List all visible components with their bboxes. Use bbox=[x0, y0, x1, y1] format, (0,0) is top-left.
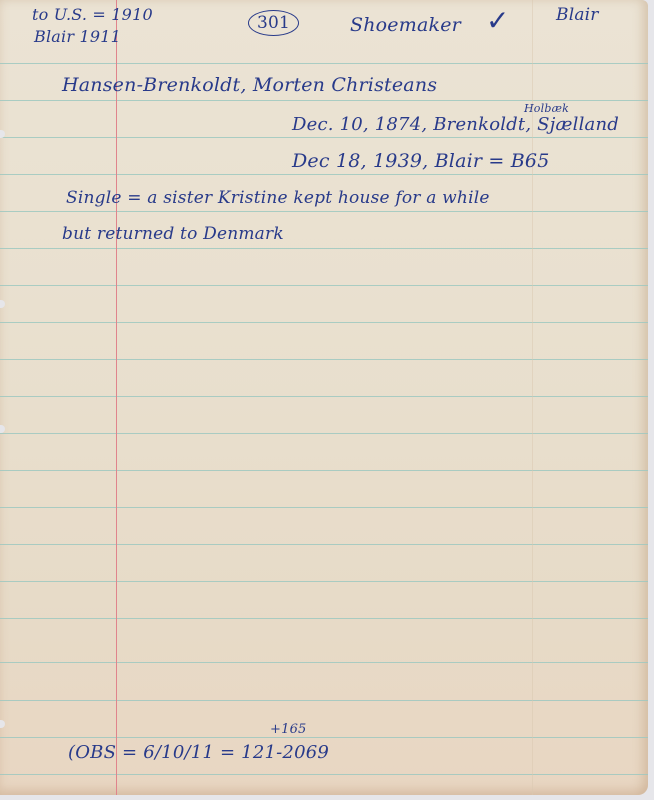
death-record: Dec 18, 1939, Blair = B65 bbox=[292, 150, 550, 172]
rule-line bbox=[0, 285, 648, 286]
rule-line bbox=[0, 618, 648, 619]
rule-line bbox=[0, 700, 648, 701]
torn-edge bbox=[0, 425, 5, 433]
blair-arrival-note: Blair 1911 bbox=[34, 27, 121, 46]
arrival-note: to U.S. = 1910 bbox=[32, 5, 153, 24]
rule-line bbox=[0, 433, 648, 434]
record-number: 301 bbox=[248, 10, 299, 36]
location-tag: Blair bbox=[556, 5, 599, 25]
rule-line bbox=[0, 396, 648, 397]
obs-reference: (OBS = 6/10/11 = 121-2069 bbox=[68, 742, 329, 763]
margin-line bbox=[116, 0, 117, 795]
rule-line bbox=[0, 470, 648, 471]
notebook-page: to U.S. = 1910 Blair 1911 301 Shoemaker … bbox=[0, 0, 648, 795]
rule-line bbox=[0, 507, 648, 508]
family-note-line2: but returned to Denmark bbox=[62, 224, 284, 244]
rule-line bbox=[0, 63, 648, 64]
check-mark-icon: ✓ bbox=[486, 4, 510, 37]
occupation: Shoemaker bbox=[350, 14, 461, 36]
family-note-line1: Single = a sister Kristine kept house fo… bbox=[66, 188, 490, 208]
torn-edge bbox=[0, 300, 5, 308]
rule-line bbox=[0, 211, 648, 212]
torn-edge bbox=[0, 720, 5, 728]
rule-line bbox=[0, 581, 648, 582]
rule-line bbox=[0, 322, 648, 323]
rule-line bbox=[0, 662, 648, 663]
footer-superscript: +165 bbox=[270, 722, 307, 737]
rule-line bbox=[0, 359, 648, 360]
rule-line bbox=[0, 737, 648, 738]
person-name: Hansen-Brenkoldt, Morten Christeans bbox=[62, 74, 437, 96]
rule-line bbox=[0, 248, 648, 249]
rule-line bbox=[0, 174, 648, 175]
rule-line bbox=[0, 100, 648, 101]
rule-line bbox=[0, 137, 648, 138]
birth-record: Dec. 10, 1874, Brenkoldt, Sjælland bbox=[292, 114, 619, 135]
rule-line bbox=[0, 774, 648, 775]
rule-line bbox=[0, 544, 648, 545]
